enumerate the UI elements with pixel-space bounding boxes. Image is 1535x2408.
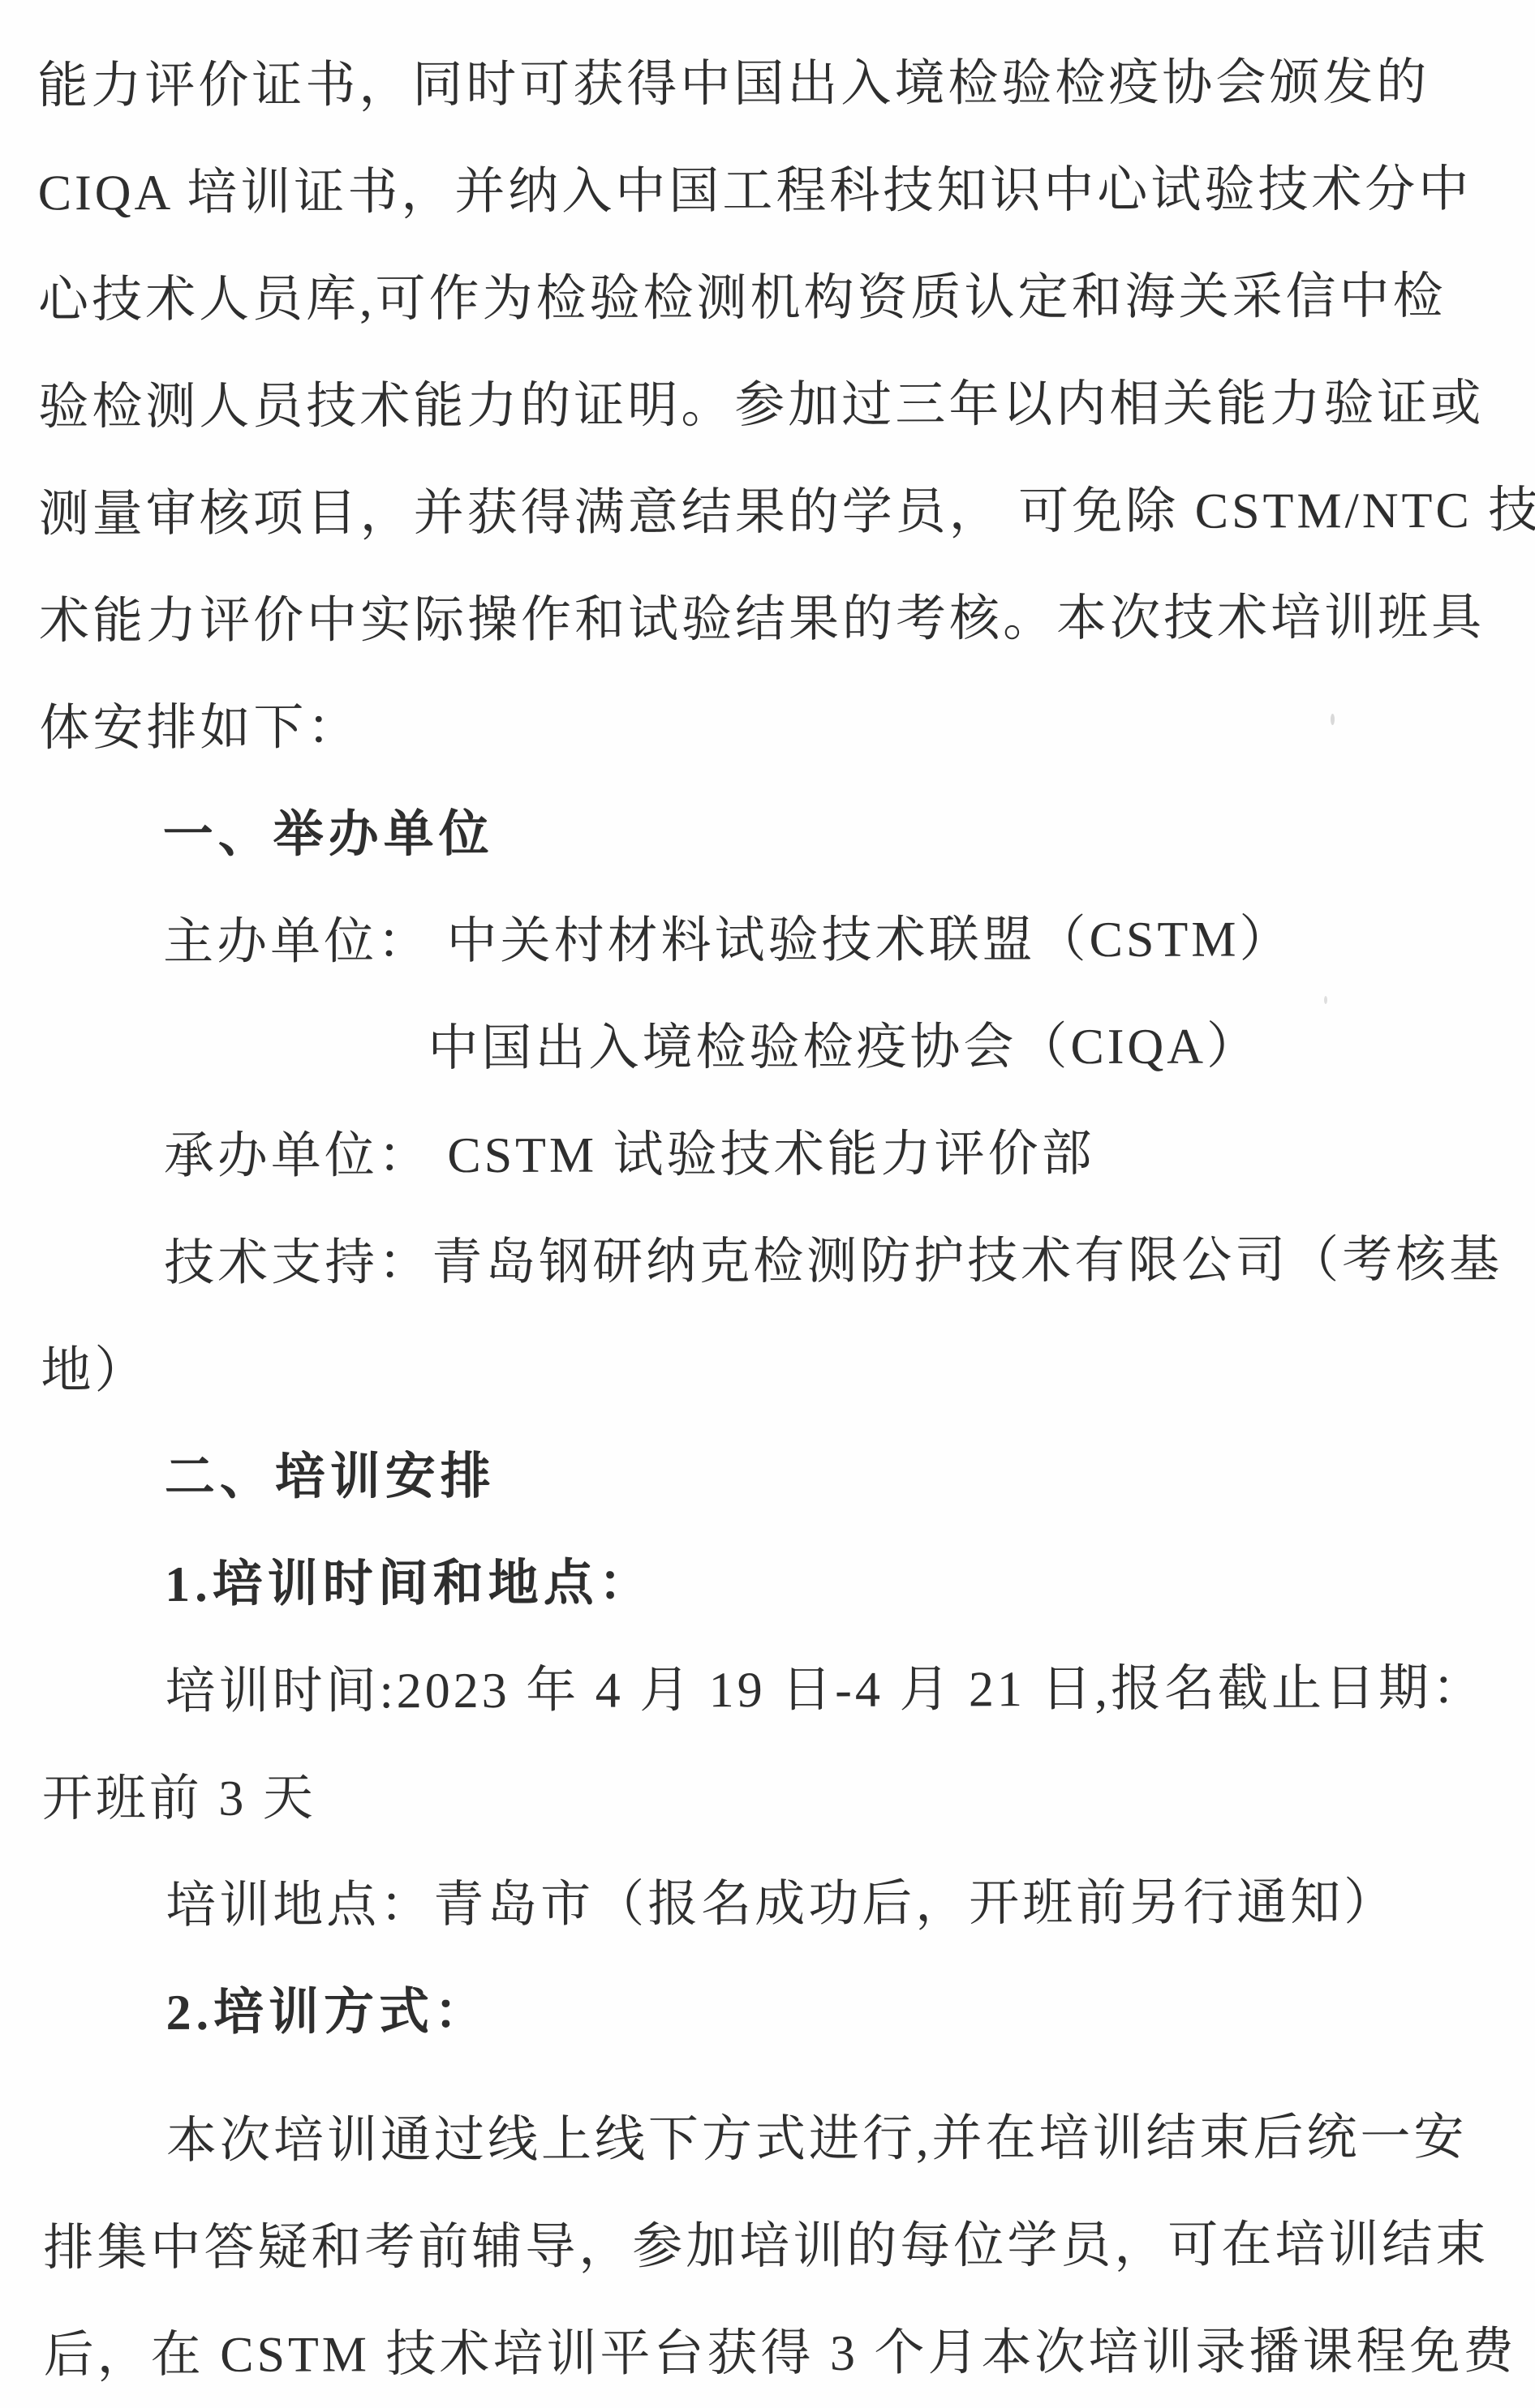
- section-2-heading: 二、培训安排: [41, 1421, 1511, 1532]
- subsection-2-heading: 2.培训方式：: [42, 1956, 1512, 2067]
- text-line: 验检测人员技术能力的证明。参加过三年以内相关能力验证或: [38, 350, 1508, 461]
- organizer-line: 主办单位： 中关村材料试验技术联盟（CSTM）: [40, 886, 1510, 997]
- text-line: CIQA 培训证书，并纳入中国工程科技知识中心试验技术分中: [38, 136, 1508, 247]
- text-line: 后，在 CSTM 技术培训平台获得 3 个月本次培训录播课程免费: [43, 2299, 1513, 2408]
- training-time-line: 培训时间:2023 年 4 月 19 日-4 月 21 日,报名截止日期：: [41, 1635, 1511, 1746]
- document-body: 能力评价证书，同时可获得中国出入境检验检疫协会颁发的 CIQA 培训证书，并纳入…: [37, 29, 1514, 2408]
- organizer-line-2: 中国出入境检验检疫协会（CIQA）: [40, 993, 1510, 1104]
- document-page: 能力评价证书，同时可获得中国出入境检验检疫协会颁发的 CIQA 培训证书，并纳入…: [0, 0, 1535, 2408]
- undertaker-line: 承办单位： CSTM 试验技术能力评价部: [41, 1100, 1511, 1211]
- text-line: 术能力评价中实际操作和试验结果的考核。本次技术培训班具: [39, 564, 1509, 676]
- text-line: 体安排如下：: [39, 672, 1509, 783]
- text-line: 地）: [41, 1314, 1511, 1425]
- tech-support-line: 技术支持：青岛钢研纳克检测防护技术有限公司（考核基: [41, 1207, 1511, 1318]
- section-1-heading: 一、举办单位: [40, 779, 1510, 890]
- subsection-1-heading: 1.培训时间和地点：: [41, 1528, 1511, 1639]
- text-line: 测量审核项目，并获得满意结果的学员， 可免除 CSTM/NTC 技: [39, 457, 1509, 569]
- text-line: 能力评价证书，同时可获得中国出入境检验检疫协会颁发的: [37, 29, 1507, 140]
- text-line: 开班前 3 天: [42, 1742, 1512, 1853]
- text-line: 心技术人员库,可作为检验检测机构资质认定和海关采信中检: [38, 243, 1508, 354]
- training-place-line: 培训地点：青岛市（报名成功后，开班前另行通知）: [42, 1849, 1512, 1960]
- text-line: 本次培训通过线上线下方式进行,并在培训结束后统一安: [43, 2084, 1513, 2196]
- text-line: 排集中答疑和考前辅导，参加培训的每位学员，可在培训结束: [43, 2191, 1513, 2303]
